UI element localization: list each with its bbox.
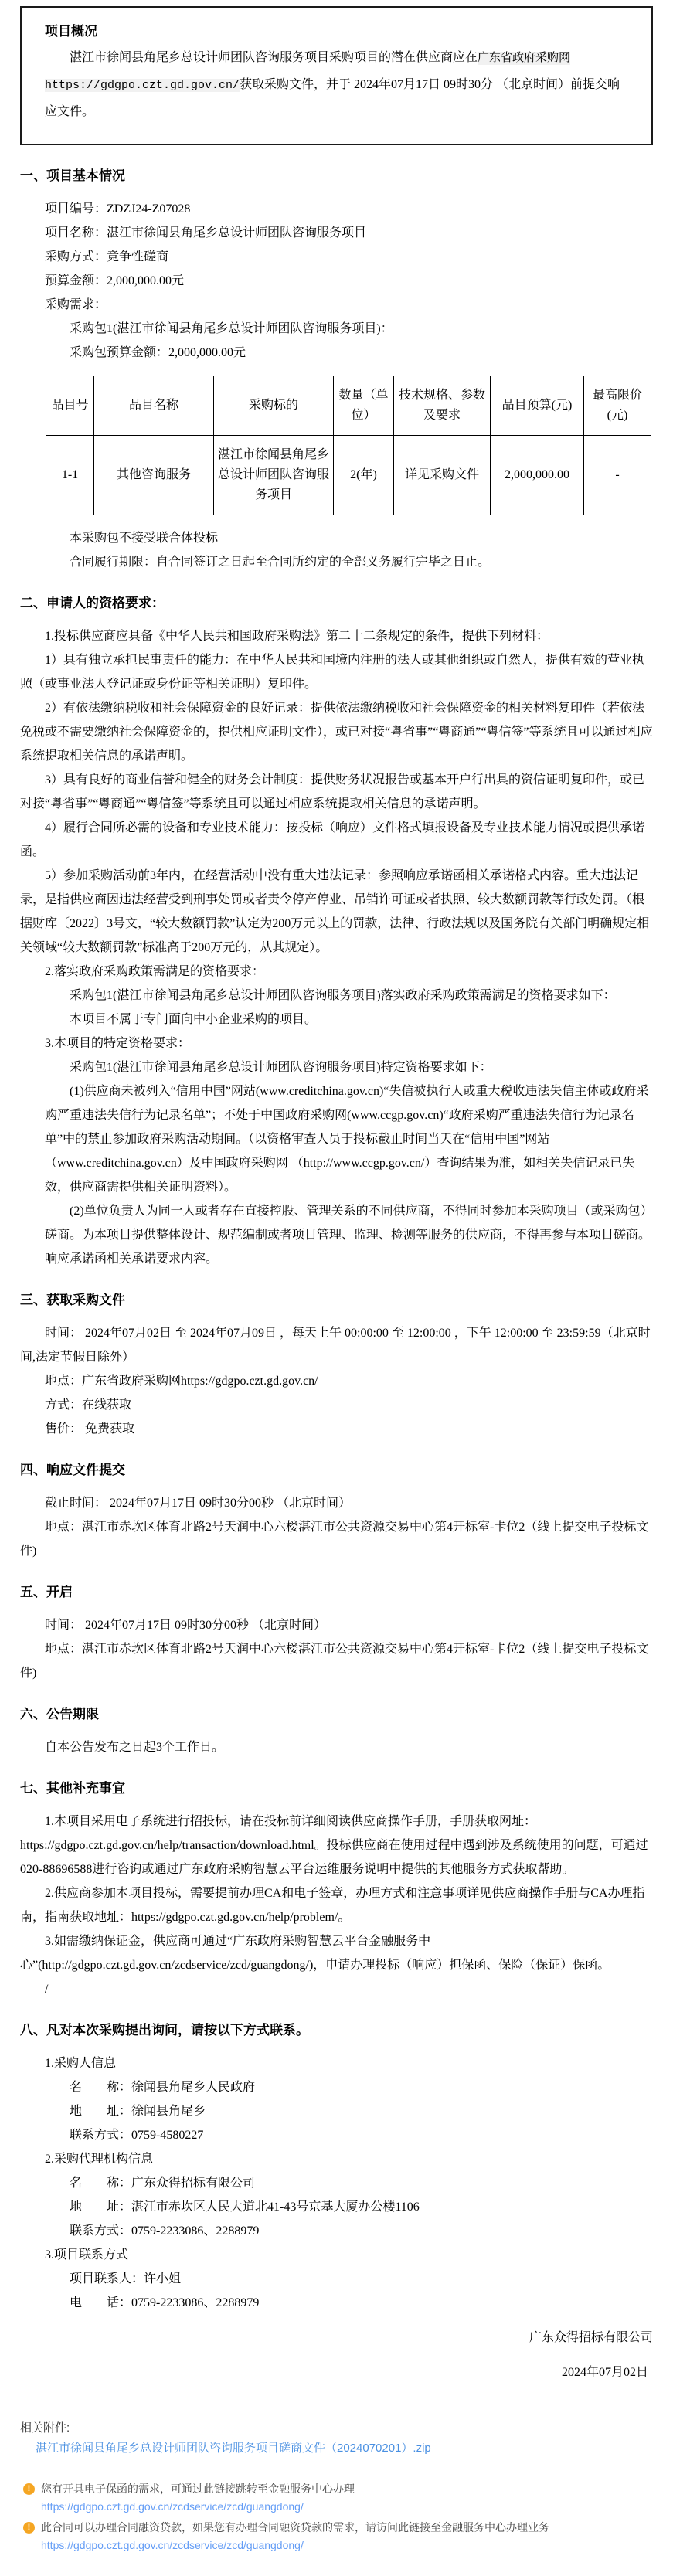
buyer-info-title: 1.采购人信息 [20, 2051, 653, 2075]
cell-item-no: 1-1 [46, 436, 94, 515]
attachment-file-link[interactable]: 湛江市徐闻县角尾乡总设计师团队咨询服务项目磋商文件（2024070201）.zi… [36, 2438, 431, 2459]
agency-contact-line: 联系方式：0759-2233086、2288979 [20, 2219, 653, 2243]
qualification-p13: (2)单位负责人为同一人或者存在直接控股、管理关系的不同供应商，不得同时参加本采… [20, 1199, 653, 1271]
package-budget-line: 采购包预算金额：2,000,000.00元 [20, 341, 653, 365]
procurement-method-line: 采购方式：竞争性磋商 [20, 245, 653, 269]
cell-specs: 详见采购文件 [394, 436, 491, 515]
col-header-item-budget: 品目预算(元) [491, 376, 584, 436]
opening-time-line: 时间： 2024年07月17日 09时30分00秒 （北京时间） [20, 1613, 653, 1637]
items-table-header-row: 品目号 品目名称 采购标的 数量（单位） 技术规格、参数及要求 品目预算(元) … [46, 376, 651, 436]
cell-item-budget: 2,000,000.00 [491, 436, 584, 515]
demand-label-line: 采购需求： [20, 293, 653, 317]
submission-deadline-line: 截止时间： 2024年07月17日 09时30分00秒 （北京时间） [20, 1491, 653, 1515]
notice-item-loan: ! 此合同可以办理合同融资贷款，如果您有办理合同融资贷款的需求，请访问此链接至金… [20, 2519, 653, 2554]
supplementary-p4: / [20, 1977, 653, 2001]
notice-link[interactable]: https://gdgpo.czt.gd.gov.cn/zcdservice/z… [41, 2537, 653, 2554]
buyer-address-line: 地 址：徐闻县角尾乡 [20, 2099, 653, 2123]
supplementary-p3: 3.如需缴纳保证金，供应商可通过“广东政府采购智慧云平台金融服务中心”(http… [20, 1929, 653, 1977]
items-table-row: 1-1 其他咨询服务 湛江市徐闻县角尾乡总设计师团队咨询服务项目 2(年) 详见… [46, 436, 651, 515]
section-heading-opening: 五、开启 [20, 1580, 653, 1604]
project-contact-title: 3.项目联系方式 [20, 2243, 653, 2267]
qualification-p10: 3.本项目的特定资格要求： [20, 1031, 653, 1055]
notice-text: 您有开具电子保函的需求，可通过此链接跳转至金融服务中心办理 [41, 2480, 355, 2498]
signature-date: 2024年07月02日 [20, 2360, 653, 2384]
obtain-way-line: 方式：在线获取 [20, 1393, 653, 1417]
agency-name-line: 名 称：广东众得招标有限公司 [20, 2171, 653, 2195]
qualification-p8: 采购包1(湛江市徐闻县角尾乡总设计师团队咨询服务项目)落实政府采购政策需满足的资… [20, 984, 653, 1008]
exclamation-icon: ! [23, 2483, 35, 2495]
page-footer: 相关附件: 湛江市徐闻县角尾乡总设计师团队咨询服务项目磋商文件（20240702… [0, 2411, 673, 2576]
qualification-p2: 1）具有独立承担民事责任的能力：在中华人民共和国境内注册的法人或其他组织或自然人… [20, 648, 653, 696]
qualification-p12: (1)供应商未被列入“信用中国”网站(www.creditchina.gov.c… [20, 1079, 653, 1199]
contract-period-line: 合同履行期限：自合同签订之日起至合同所约定的全部义务履行完毕之日止。 [20, 550, 653, 574]
cell-item-name: 其他咨询服务 [94, 436, 214, 515]
qualification-p4: 3）具有良好的商业信誉和健全的财务会计制度：提供财务状况报告或基本开户行出具的资… [20, 768, 653, 816]
project-name-line: 项目名称：湛江市徐闻县角尾乡总设计师团队咨询服务项目 [20, 221, 653, 245]
project-contact-person-line: 项目联系人：许小姐 [20, 2267, 653, 2291]
package-line: 采购包1(湛江市徐闻县角尾乡总设计师团队咨询服务项目)： [20, 317, 653, 341]
supplementary-p2: 2.供应商参加本项目投标，需要提前办理CA和电子签章，办理方式和注意事项详见供应… [20, 1881, 653, 1929]
buyer-name-line: 名 称：徐闻县角尾乡人民政府 [20, 2075, 653, 2099]
obtain-price-line: 售价： 免费获取 [20, 1417, 653, 1441]
budget-line: 预算金额：2,000,000.00元 [20, 269, 653, 293]
project-number-line: 项目编号：ZDZJ24-Z07028 [20, 197, 653, 221]
buyer-contact-line: 联系方式：0759-4580227 [20, 2123, 653, 2147]
section-heading-qualification: 二、申请人的资格要求： [20, 591, 653, 615]
col-header-price-cap: 最高限价(元) [584, 376, 651, 436]
overview-text-before: 湛江市徐闻县角尾乡总设计师团队咨询服务项目采购项目的潜在供应商应在 [70, 51, 478, 64]
cell-subject: 湛江市徐闻县角尾乡总设计师团队咨询服务项目 [214, 436, 334, 515]
items-table: 品目号 品目名称 采购标的 数量（单位） 技术规格、参数及要求 品目预算(元) … [46, 376, 651, 515]
qualification-p7: 2.落实政府采购政策需满足的资格要求： [20, 960, 653, 984]
project-overview-box: 项目概况 湛江市徐闻县角尾乡总设计师团队咨询服务项目采购项目的潜在供应商应在广东… [20, 6, 653, 145]
section-heading-announcement-period: 六、公告期限 [20, 1702, 653, 1726]
col-header-item-name: 品目名称 [94, 376, 214, 436]
section-heading-obtain-documents: 三、获取采购文件 [20, 1288, 653, 1312]
col-header-item-no: 品目号 [46, 376, 94, 436]
agency-address-line: 地 址：湛江市赤坎区人民大道北41-43号京基大厦办公楼1106 [20, 2195, 653, 2219]
section-heading-contacts: 八、凡对本次采购提出询问，请按以下方式联系。 [20, 2018, 653, 2042]
col-header-quantity: 数量（单位） [334, 376, 394, 436]
notice-link[interactable]: https://gdgpo.czt.gd.gov.cn/zcdservice/z… [41, 2498, 653, 2516]
col-header-specs: 技术规格、参数及要求 [394, 376, 491, 436]
qualification-p5: 4）履行合同所必需的设备和专业技术能力：按投标（响应）文件格式填报设备及专业技术… [20, 816, 653, 864]
qualification-p3: 2）有依法缴纳税收和社会保障资金的良好记录：提供依法缴纳税收和社会保障资金的相关… [20, 696, 653, 768]
signature-company: 广东众得招标有限公司 [20, 2326, 653, 2350]
overview-text: 湛江市徐闻县角尾乡总设计师团队咨询服务项目采购项目的潜在供应商应在广东省政府采购… [45, 45, 628, 125]
opening-place-line: 地点：湛江市赤坎区体育北路2号天润中心六楼湛江市公共资源交易中心第4开标室-卡位… [20, 1637, 653, 1685]
notice-item-guarantee: ! 您有开具电子保函的需求，可通过此链接跳转至金融服务中心办理 https://… [20, 2480, 653, 2516]
project-contact-phone-line: 电 话：0759-2233086、2288979 [20, 2291, 653, 2315]
qualification-p9: 本项目不属于专门面向中小企业采购的项目。 [20, 1008, 653, 1031]
cell-price-cap: - [584, 436, 651, 515]
cell-quantity: 2(年) [334, 436, 394, 515]
section-heading-supplementary: 七、其他补充事宜 [20, 1776, 653, 1800]
obtain-place-line: 地点：广东省政府采购网https://gdgpo.czt.gd.gov.cn/ [20, 1369, 653, 1393]
procurement-announcement-document: 项目概况 湛江市徐闻县角尾乡总设计师团队咨询服务项目采购项目的潜在供应商应在广东… [0, 0, 673, 2384]
no-consortium-line: 本采购包不接受联合体投标 [20, 526, 653, 550]
announcement-period-line: 自本公告发布之日起3个工作日。 [20, 1735, 653, 1759]
obtain-time-line: 时间： 2024年07月02日 至 2024年07月09日 ，每天上午 00:0… [20, 1321, 653, 1369]
qualification-p11: 采购包1(湛江市徐闻县角尾乡总设计师团队咨询服务项目)特定资格要求如下： [20, 1055, 653, 1079]
notice-text: 此合同可以办理合同融资贷款，如果您有办理合同融资贷款的需求，请访问此链接至金融服… [41, 2519, 549, 2537]
attachments-label: 相关附件: [20, 2418, 653, 2438]
supplementary-p1: 1.本项目采用电子系统进行招投标，请在投标前详细阅读供应商操作手册，手册获取网址… [20, 1810, 653, 1881]
submission-place-line: 地点：湛江市赤坎区体育北路2号天润中心六楼湛江市公共资源交易中心第4开标室-卡位… [20, 1515, 653, 1563]
overview-title: 项目概况 [45, 19, 628, 45]
col-header-subject: 采购标的 [214, 376, 334, 436]
notice-list: ! 您有开具电子保函的需求，可通过此链接跳转至金融服务中心办理 https://… [20, 2480, 653, 2554]
exclamation-icon: ! [23, 2522, 35, 2534]
qualification-p6: 5）参加采购活动前3年内，在经营活动中没有重大违法记录：参照响应承诺函相关承诺格… [20, 864, 653, 960]
section-heading-response-submission: 四、响应文件提交 [20, 1458, 653, 1482]
qualification-p1: 1.投标供应商应具备《中华人民共和国政府采购法》第二十二条规定的条件，提供下列材… [20, 624, 653, 648]
section-heading-basic-info: 一、项目基本情况 [20, 164, 653, 188]
agency-info-title: 2.采购代理机构信息 [20, 2147, 653, 2171]
